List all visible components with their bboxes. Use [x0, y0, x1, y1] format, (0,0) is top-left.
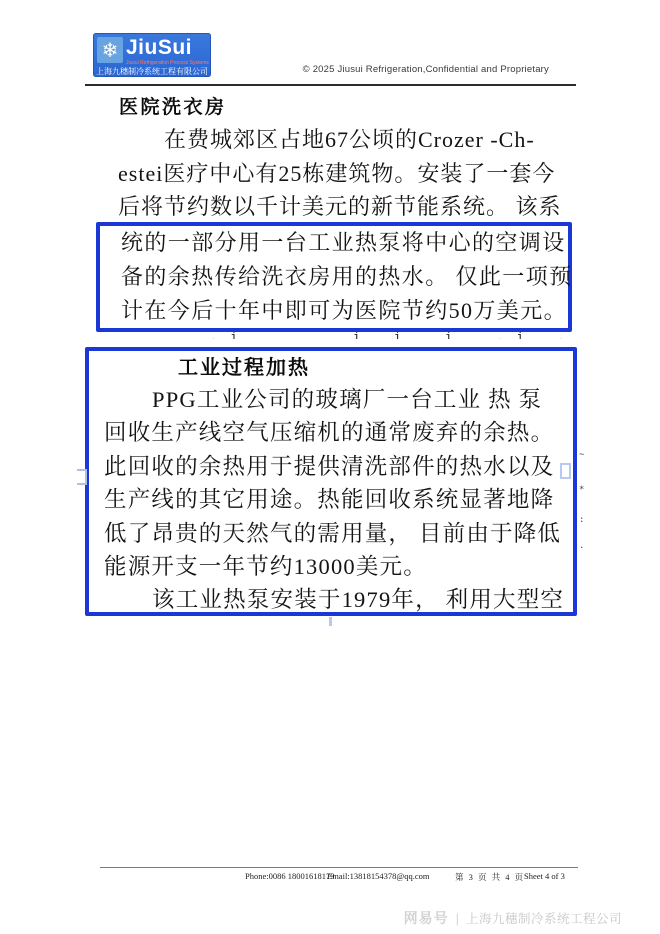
section1-title: 医院洗衣房	[119, 92, 227, 119]
page-number-en: Sheet 4 of 3	[524, 871, 565, 881]
copyright-notice: © 2025 Jiusui Refrigeration,Confidential…	[0, 64, 549, 75]
paragraph-line: PPG工业公司的玻璃厂一台工业 热 泵	[104, 383, 570, 416]
scan-speck: .	[579, 541, 584, 551]
paragraph-line: 此回收的余热用于提供清洗部件的热水以及	[104, 450, 570, 483]
paragraph-line: 回收生产线空气压缩机的通常废弃的余热。	[104, 416, 570, 449]
section2-title: 工业过程加热	[104, 354, 570, 383]
paragraph-line: 统的一部分用一台工业热泵将中心的空调设	[121, 226, 567, 260]
scan-speck: :	[579, 515, 584, 525]
paragraph-line: 备的余热传给洗衣房用的热水。 仅此一项预	[121, 260, 567, 294]
section1-paragraph: 在费城郊区占地67公顷的Crozer -Ch- estei医疗中心有25栋建筑物…	[118, 123, 576, 224]
logo-brand-text: JiuSui	[126, 33, 210, 63]
paragraph-line: 生产线的其它用途。热能回收系统显著地降	[104, 483, 570, 516]
paragraph-line: 该工业热泵安装于1979年， 利用大型空	[104, 583, 570, 616]
paragraph-line: 在费城郊区占地67公顷的Crozer -Ch-	[118, 123, 576, 157]
paragraph-line: 低了昂贵的天然气的需用量， 目前由于降低	[104, 517, 570, 550]
highlighted-paragraph: 统的一部分用一台工业热泵将中心的空调设 备的余热传给洗衣房用的热水。 仅此一项预…	[121, 226, 567, 327]
paragraph-line: 能源开支一年节约13000美元。	[104, 550, 570, 583]
header-divider	[85, 84, 576, 86]
paragraph-line: estei医疗中心有25栋建筑物。安装了一套今	[118, 157, 576, 191]
highlight-box-2: 工业过程加热 PPG工业公司的玻璃厂一台工业 热 泵 回收生产线空气压缩机的通常…	[85, 347, 577, 616]
footer-phone: Phone:0086 18001618179	[245, 871, 335, 881]
paragraph-line: 计在今后十年中即可为医院节约50万美元。	[121, 294, 567, 328]
scan-artifact-mark	[560, 463, 571, 479]
netease-hao-logo: 网易号	[404, 908, 449, 928]
footer-email: Email:13818154378@qq.com	[327, 871, 430, 881]
platform-watermark: 网易号 | 上海九穗制冷系统工程公司	[404, 908, 622, 928]
scan-artifact-mark	[329, 617, 332, 626]
highlight-box-1: 统的一部分用一台工业热泵将中心的空调设 备的余热传给洗衣房用的热水。 仅此一项预…	[96, 222, 572, 332]
scan-speck: *	[579, 485, 584, 495]
page-number-cn: 第 3 页 共 4 页	[455, 871, 525, 883]
scan-speck: ~	[579, 450, 584, 460]
watermark-separator: |	[456, 911, 459, 926]
snowflake-icon: ❄	[97, 37, 123, 63]
paragraph-line: 后将节约数以千计美元的新节能系统。 该系	[118, 190, 576, 224]
clipped-text-line: .. . . ., i.._. . . _.i ._i._..i _. ,.i …	[128, 332, 574, 339]
footer-divider	[100, 867, 578, 868]
scan-artifact-mark	[77, 469, 87, 485]
watermark-company: 上海九穗制冷系统工程公司	[466, 909, 622, 927]
